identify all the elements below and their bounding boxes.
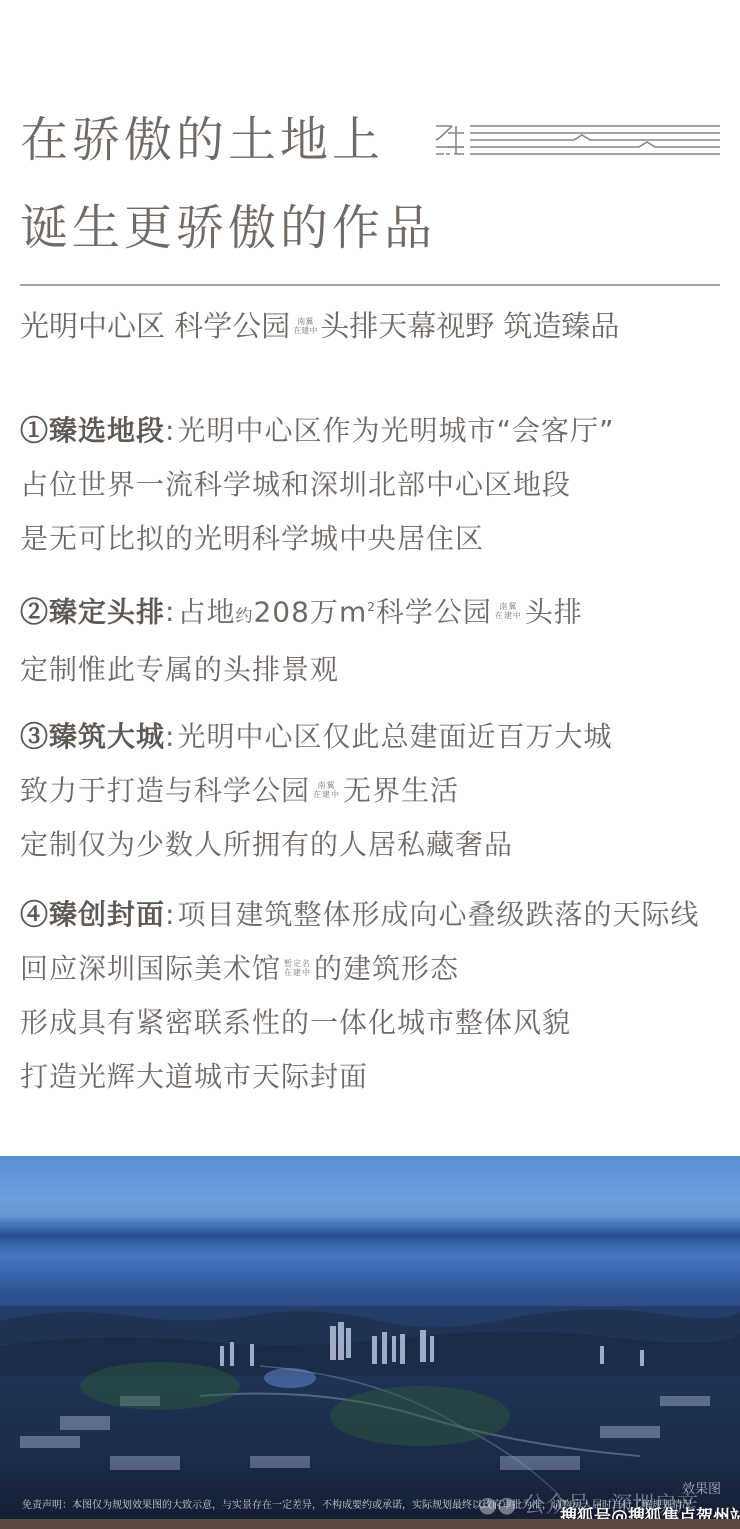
area-unit-superscript: 2	[367, 600, 376, 614]
circled-number: ③	[20, 720, 49, 753]
colon: :	[165, 595, 175, 628]
circled-number: ①	[20, 414, 49, 447]
divider-rule	[20, 284, 720, 286]
section-line: ④臻创封面:项目建筑整体形成向心叠级跌落的天际线	[20, 888, 730, 942]
section-line: 致力于打造与科学公园南翼在建中无界生活	[20, 764, 730, 818]
heading-text: 臻选地段	[49, 414, 165, 447]
section-line: 定制仅为少数人所拥有的人居私藏奢品	[20, 818, 730, 872]
section-line: 打造光辉大道城市天际封面	[20, 1050, 730, 1104]
section-line: 占位世界一流科学城和深圳北部中心区地段	[20, 458, 730, 512]
area-unit: m	[339, 595, 367, 628]
aerial-rendering-image	[0, 1156, 740, 1529]
annotation-top: 南翼	[297, 317, 313, 326]
annotation-top: 南翼	[318, 781, 336, 790]
section-front-row: ②臻定头排:占地约208万m2科学公园南翼在建中头排 定制惟此专属的头排景观	[20, 580, 730, 697]
body-text-small: 约	[235, 606, 253, 626]
body-text: 回应深圳国际美术馆	[20, 952, 281, 985]
section-line: 是无可比拟的光明科学城中央居住区	[20, 512, 730, 566]
body-text: 光明中心区作为光明城市“会客厅”	[177, 414, 614, 447]
body-text: 科学公园	[376, 595, 492, 628]
section-location: ①臻选地段:光明中心区作为光明城市“会客厅” 占位世界一流科学城和深圳北部中心区…	[20, 404, 730, 566]
decorative-stripes-icon	[434, 124, 722, 162]
annotation-bottom: 在建中	[284, 968, 311, 977]
body-text: 光明中心区仅此总建面近百万大城	[177, 720, 612, 753]
colon: :	[165, 720, 175, 753]
body-text: 致力于打造与科学公园	[20, 774, 310, 807]
section-big-city: ③臻筑大城:光明中心区仅此总建面近百万大城 致力于打造与科学公园南翼在建中无界生…	[20, 710, 730, 872]
heading-text: 臻筑大城	[49, 720, 165, 753]
circled-number: ②	[20, 595, 49, 628]
colon: :	[165, 898, 175, 931]
body-text: 无界生活	[343, 774, 459, 807]
subtitle-part-1: 光明中心区 科学公园	[20, 309, 290, 343]
section-heading: ③臻筑大城	[20, 720, 165, 753]
annotation-note: 南翼在建中	[495, 602, 522, 620]
annotation-note: 南翼在建中	[313, 781, 340, 799]
section-line: 定制惟此专属的头排景观	[20, 643, 730, 697]
circled-number: ④	[20, 898, 49, 931]
bottom-bar	[0, 1519, 740, 1529]
heading-text: 臻定头排	[49, 595, 165, 628]
section-line: 回应深圳国际美术馆暂定名在建中的建筑形态	[20, 942, 730, 996]
section-line: ②臻定头排:占地约208万m2科学公园南翼在建中头排	[20, 580, 730, 643]
heading-text: 臻创封面	[49, 898, 165, 931]
annotation-note: 南翼在建中	[293, 317, 317, 335]
colon: :	[165, 414, 175, 447]
subtitle-part-2: 头排天幕视野 筑造臻品	[320, 309, 619, 343]
annotation-top: 南翼	[499, 602, 517, 611]
annotation-bottom: 在建中	[293, 326, 317, 335]
body-text: 项目建筑整体形成向心叠级跌落的天际线	[177, 898, 699, 931]
annotation-bottom: 在建中	[313, 790, 340, 799]
headline-line-2: 诞生更骄傲的作品	[20, 200, 436, 256]
cloud-layer	[0, 1216, 740, 1256]
section-heading: ④臻创封面	[20, 898, 165, 931]
subtitle: 光明中心区 科学公园南翼在建中头排天幕视野 筑造臻品	[20, 306, 619, 346]
body-text: 的建筑形态	[314, 952, 459, 985]
body-text: 头排	[525, 595, 583, 628]
section-line: ③臻筑大城:光明中心区仅此总建面近百万大城	[20, 710, 730, 764]
section-heading: ①臻选地段	[20, 414, 165, 447]
section-skyline: ④臻创封面:项目建筑整体形成向心叠级跌落的天际线 回应深圳国际美术馆暂定名在建中…	[20, 888, 730, 1104]
annotation-note: 暂定名在建中	[284, 959, 311, 977]
section-line: 形成具有紧密联系性的一体化城市整体风貌	[20, 996, 730, 1050]
body-text: 占地	[177, 595, 235, 628]
wechat-icon: ◕◕	[478, 1493, 523, 1518]
annotation-bottom: 在建中	[495, 611, 522, 620]
area-value: 208万	[253, 595, 338, 628]
section-heading: ②臻定头排	[20, 595, 165, 628]
annotation-top: 暂定名	[284, 959, 311, 968]
headline-line-1: 在骄傲的土地上	[20, 112, 384, 168]
section-line: ①臻选地段:光明中心区作为光明城市“会客厅”	[20, 404, 730, 458]
